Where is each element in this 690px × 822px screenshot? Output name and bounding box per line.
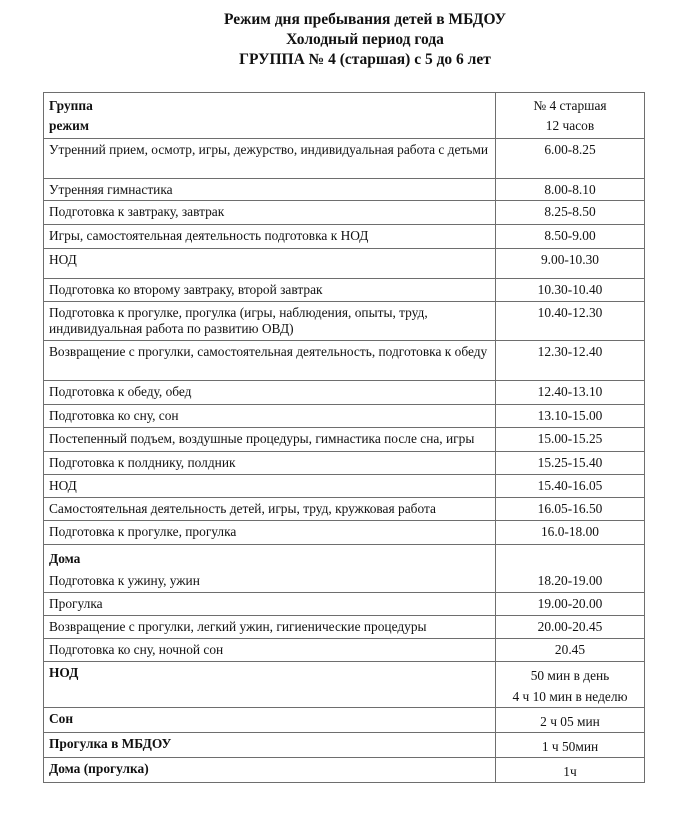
table-row: НОД15.40-16.05 xyxy=(44,475,645,498)
table-row: Подготовка ко второму завтраку, второй з… xyxy=(44,279,645,302)
summary-row: Дома (прогулка)1ч xyxy=(44,758,645,783)
time-cell: 8.25-8.50 xyxy=(495,201,644,225)
summary-value: 1ч xyxy=(498,761,642,782)
activity-cell: Самостоятельная деятельность детей, игры… xyxy=(44,498,496,521)
time-cell: 10.40-12.30 xyxy=(495,302,644,341)
time-text: 18.20-19.00 xyxy=(498,570,642,592)
table-row: Самостоятельная деятельность детей, игры… xyxy=(44,498,645,521)
time-cell: 8.00-8.10 xyxy=(495,179,644,201)
header-group-name: № 4 старшая xyxy=(498,96,642,116)
time-cell: 12.40-13.10 xyxy=(495,381,644,405)
activity-cell: Игры, самостоятельная деятельность подго… xyxy=(44,225,496,249)
activity-cell: Возвращение с прогулки, самостоятельная … xyxy=(44,341,496,381)
summary-value: 1 ч 50мин xyxy=(498,736,642,757)
summary-value: 2 ч 05 мин xyxy=(498,711,642,732)
table-row: Возвращение с прогулки, самостоятельная … xyxy=(44,341,645,381)
activity-cell: Возвращение с прогулки, легкий ужин, гиг… xyxy=(44,616,496,639)
activity-cell: Подготовка ко сну, ночной сон xyxy=(44,639,496,662)
table-header-row: Группа режим № 4 старшая 12 часов xyxy=(44,93,645,139)
summary-value-cell: 50 мин в день4 ч 10 мин в неделю xyxy=(495,662,644,708)
activity-cell: Подготовка к обеду, обед xyxy=(44,381,496,405)
time-cell: 18.20-19.00 xyxy=(495,545,644,593)
summary-label-cell: Дома (прогулка) xyxy=(44,758,496,783)
time-cell: 10.30-10.40 xyxy=(495,279,644,302)
activity-cell: Постепенный подъем, воздушные процедуры,… xyxy=(44,428,496,452)
time-cell: 12.30-12.40 xyxy=(495,341,644,381)
table-row: Подготовка к прогулке, прогулка (игры, н… xyxy=(44,302,645,341)
table-row: Подготовка ко сну, сон13.10-15.00 xyxy=(44,405,645,428)
table-row: Прогулка19.00-20.00 xyxy=(44,593,645,616)
time-cell: 9.00-10.30 xyxy=(495,249,644,279)
header-left-cell: Группа режим xyxy=(44,93,496,139)
summary-label-cell: НОД xyxy=(44,662,496,708)
summary-value-cell: 1 ч 50мин xyxy=(495,733,644,758)
activity-text: Подготовка к ужину, ужин xyxy=(49,570,490,592)
summary-value: 50 мин в день xyxy=(498,665,642,686)
summary-row: Сон2 ч 05 мин xyxy=(44,708,645,733)
activity-cell: Подготовка к завтраку, завтрак xyxy=(44,201,496,225)
table-row: Подготовка к полднику, полдник15.25-15.4… xyxy=(44,452,645,475)
table-row: Утренняя гимнастика8.00-8.10 xyxy=(44,179,645,201)
time-cell: 16.0-18.00 xyxy=(495,521,644,545)
summary-value-cell: 2 ч 05 мин xyxy=(495,708,644,733)
activity-cell: Подготовка к прогулке, прогулка xyxy=(44,521,496,545)
title-line-3: ГРУППА № 4 (старшая) с 5 до 6 лет xyxy=(0,50,690,70)
table-row: Подготовка к завтраку, завтрак8.25-8.50 xyxy=(44,201,645,225)
header-group-label: Группа xyxy=(49,96,490,116)
activity-cell: Утренняя гимнастика xyxy=(44,179,496,201)
table-row: Утренний прием, осмотр, игры, дежурство,… xyxy=(44,139,645,179)
time-cell: 6.00-8.25 xyxy=(495,139,644,179)
summary-row: Прогулка в МБДОУ1 ч 50мин xyxy=(44,733,645,758)
summary-label-cell: Сон xyxy=(44,708,496,733)
summary-value-cell: 1ч xyxy=(495,758,644,783)
activity-cell: Подготовка ко второму завтраку, второй з… xyxy=(44,279,496,302)
time-cell: 20.00-20.45 xyxy=(495,616,644,639)
table-row: Подготовка к прогулке, прогулка16.0-18.0… xyxy=(44,521,645,545)
summary-label-cell: Прогулка в МБДОУ xyxy=(44,733,496,758)
time-cell: 8.50-9.00 xyxy=(495,225,644,249)
time-cell: 15.40-16.05 xyxy=(495,475,644,498)
header-hours: 12 часов xyxy=(498,116,642,136)
table-row: Игры, самостоятельная деятельность подго… xyxy=(44,225,645,249)
activity-cell: Подготовка к прогулке, прогулка (игры, н… xyxy=(44,302,496,341)
table-row: Подготовка к обеду, обед12.40-13.10 xyxy=(44,381,645,405)
title-line-2: Холодный период года xyxy=(0,30,690,50)
time-cell: 15.25-15.40 xyxy=(495,452,644,475)
activity-cell: НОД xyxy=(44,475,496,498)
summary-row: НОД50 мин в день4 ч 10 мин в неделю xyxy=(44,662,645,708)
activity-cell: НОД xyxy=(44,249,496,279)
activity-cell: Прогулка xyxy=(44,593,496,616)
time-cell: 15.00-15.25 xyxy=(495,428,644,452)
home-section-label: Дома xyxy=(49,548,490,570)
time-cell: 13.10-15.00 xyxy=(495,405,644,428)
header-right-cell: № 4 старшая 12 часов xyxy=(495,93,644,139)
header-regime-label: режим xyxy=(49,116,490,136)
summary-value: 4 ч 10 мин в неделю xyxy=(498,686,642,707)
table-row: ДомаПодготовка к ужину, ужин18.20-19.00 xyxy=(44,545,645,593)
activity-cell: Утренний прием, осмотр, игры, дежурство,… xyxy=(44,139,496,179)
time-cell: 20.45 xyxy=(495,639,644,662)
time-cell: 19.00-20.00 xyxy=(495,593,644,616)
activity-cell: ДомаПодготовка к ужину, ужин xyxy=(44,545,496,593)
time-cell: 16.05-16.50 xyxy=(495,498,644,521)
table-row: Подготовка ко сну, ночной сон20.45 xyxy=(44,639,645,662)
schedule-table: Группа режим № 4 старшая 12 часов Утренн… xyxy=(43,92,645,783)
table-row: Постепенный подъем, воздушные процедуры,… xyxy=(44,428,645,452)
table-row: Возвращение с прогулки, легкий ужин, гиг… xyxy=(44,616,645,639)
title-line-1: Режим дня пребывания детей в МБДОУ xyxy=(0,10,690,30)
table-row: НОД9.00-10.30 xyxy=(44,249,645,279)
activity-cell: Подготовка к полднику, полдник xyxy=(44,452,496,475)
document-title: Режим дня пребывания детей в МБДОУ Холод… xyxy=(0,10,690,70)
activity-cell: Подготовка ко сну, сон xyxy=(44,405,496,428)
